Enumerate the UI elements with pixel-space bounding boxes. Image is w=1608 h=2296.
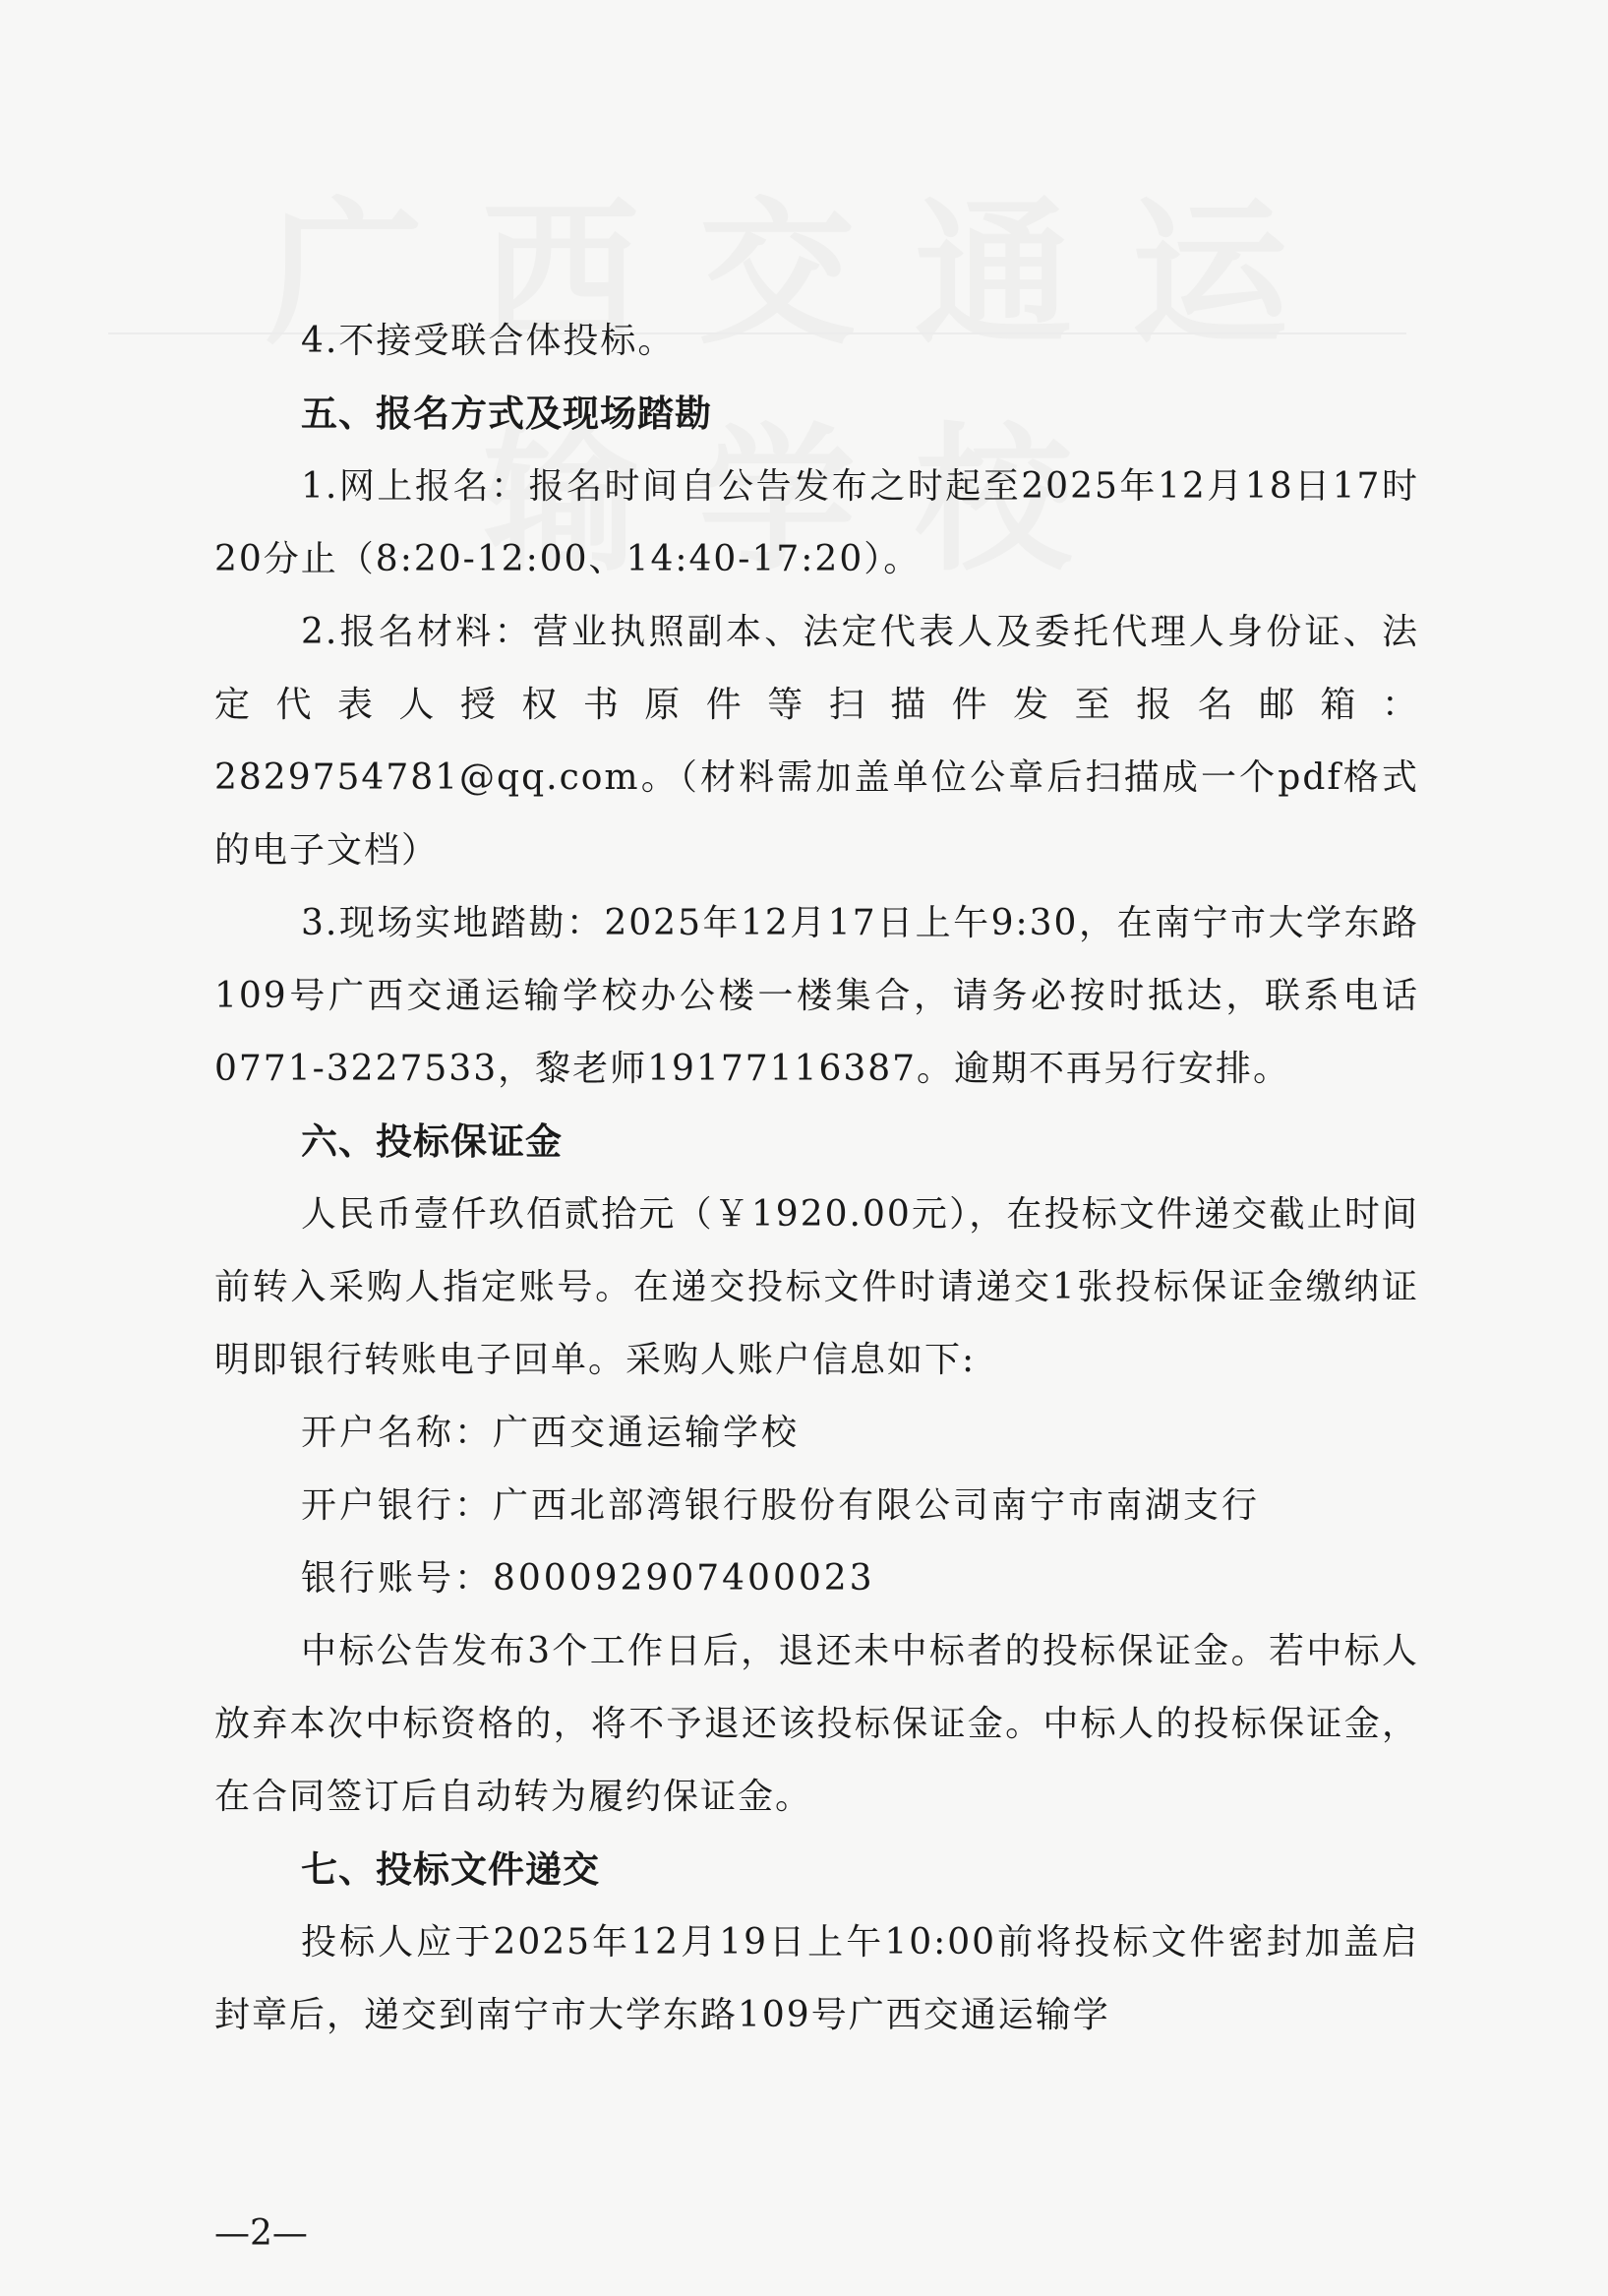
paragraph-online-registration: 1.网上报名：报名时间自公告发布之时起至2025年12月18日17时20分止（8… [214,451,1419,596]
account-number: 银行账号：800092907400023 [214,1542,1419,1615]
paragraph-bid-submission: 投标人应于2025年12月19日上午10:00前将投标文件密封加盖启封章后，递交… [214,1906,1419,2052]
page-number: —2— [214,2213,308,2254]
paragraph-site-visit: 3.现场实地踏勘：2025年12月17日上午9:30，在南宁市大学东路109号广… [214,887,1419,1106]
section-heading-6: 六、投标保证金 [214,1106,1419,1178]
account-bank: 开户银行：广西北部湾银行股份有限公司南宁市南湖支行 [214,1470,1419,1542]
paragraph-deposit-refund: 中标公告发布3个工作日后，退还未中标者的投标保证金。若中标人放弃本次中标资格的，… [214,1615,1419,1834]
section-heading-5: 五、报名方式及现场踏勘 [214,378,1419,451]
account-name: 开户名称：广西交通运输学校 [214,1397,1419,1470]
paragraph-deposit: 人民币壹仟玖佰贰拾元（￥1920.00元），在投标文件递交截止时间前转入采购人指… [214,1178,1419,1397]
section-heading-7: 七、投标文件递交 [214,1834,1419,1906]
paragraph-item-4: 4.不接受联合体投标。 [214,305,1419,378]
document-body: 4.不接受联合体投标。 五、报名方式及现场踏勘 1.网上报名：报名时间自公告发布… [214,305,1419,2052]
paragraph-registration-materials: 2.报名材料：营业执照副本、法定代表人及委托代理人身份证、法定代表人授权书原件等… [214,596,1419,887]
